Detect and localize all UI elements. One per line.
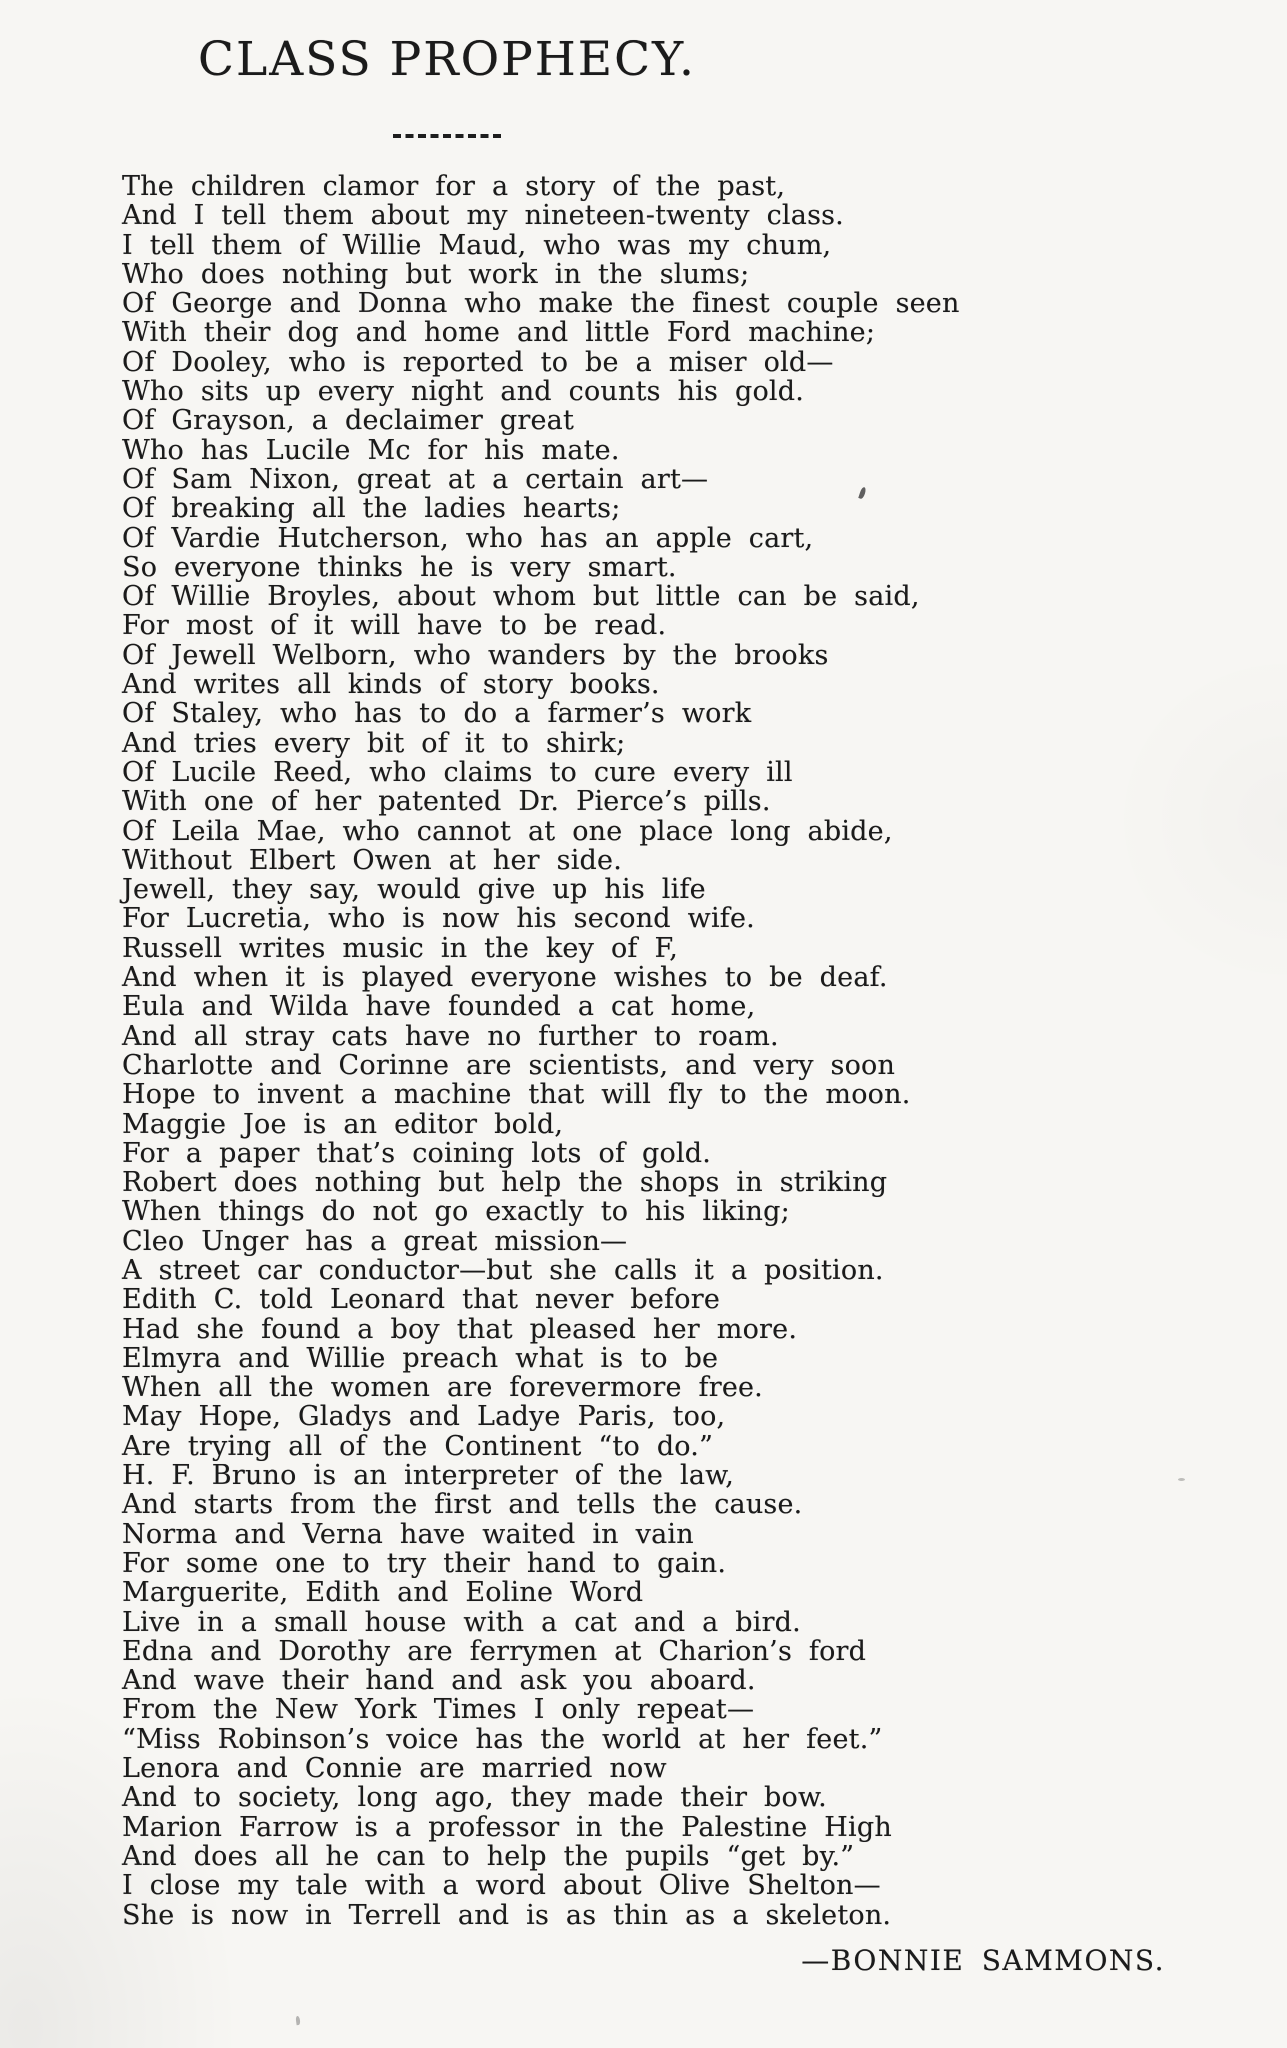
poem-line: And does all he can to help the pupils “… bbox=[122, 1842, 1042, 1871]
poem-line: “Miss Robinson’s voice has the world at … bbox=[122, 1725, 1042, 1754]
poem-line: Marguerite, Edith and Eoline Word bbox=[122, 1578, 1042, 1607]
poem-line: Had she found a boy that pleased her mor… bbox=[122, 1315, 1042, 1344]
poem-line: And when it is played everyone wishes to… bbox=[122, 963, 1042, 992]
poem-line: Elmyra and Willie preach what is to be bbox=[122, 1344, 1042, 1373]
poem-line: Maggie Joe is an editor bold, bbox=[122, 1110, 1042, 1139]
poem-line: Without Elbert Owen at her side. bbox=[122, 846, 1042, 875]
poem-line: I tell them of Willie Maud, who was my c… bbox=[122, 231, 1042, 260]
poem-line: A street car conductor—but she calls it … bbox=[122, 1256, 1042, 1285]
poem-line: For Lucretia, who is now his second wife… bbox=[122, 904, 1042, 933]
poem-line: Are trying all of the Continent “to do.” bbox=[122, 1432, 1042, 1461]
poem-line: So everyone thinks he is very smart. bbox=[122, 553, 1042, 582]
poem-line: Of George and Donna who make the finest … bbox=[122, 289, 1042, 318]
poem-line: Eula and Wilda have founded a cat home, bbox=[122, 992, 1042, 1021]
poem-line: Of Sam Nixon, great at a certain art— bbox=[122, 465, 1042, 494]
poem-line: Norma and Verna have waited in vain bbox=[122, 1520, 1042, 1549]
page-title: CLASS PROPHECY. bbox=[122, 30, 772, 90]
scan-speck bbox=[295, 2016, 300, 2025]
poem-line: Of Dooley, who is reported to be a miser… bbox=[122, 348, 1042, 377]
poem-line: Of Jewell Welborn, who wanders by the br… bbox=[122, 641, 1042, 670]
poem-line: Of Leila Mae, who cannot at one place lo… bbox=[122, 817, 1042, 846]
poem-line: Live in a small house with a cat and a b… bbox=[122, 1608, 1042, 1637]
poem-line: And tries every bit of it to shirk; bbox=[122, 729, 1042, 758]
poem-line: And I tell them about my nineteen-twenty… bbox=[122, 201, 1042, 230]
poem-line: And writes all kinds of story books. bbox=[122, 670, 1042, 699]
poem-line: Lenora and Connie are married now bbox=[122, 1754, 1042, 1783]
poem-line: May Hope, Gladys and Ladye Paris, too, bbox=[122, 1402, 1042, 1431]
poem-line: I close my tale with a word about Olive … bbox=[122, 1871, 1042, 1900]
poem-line: Edna and Dorothy are ferrymen at Charion… bbox=[122, 1637, 1042, 1666]
title-divider-rule bbox=[393, 134, 501, 138]
poem-line: For a paper that’s coining lots of gold. bbox=[122, 1139, 1042, 1168]
poem-line: For most of it will have to be read. bbox=[122, 611, 1042, 640]
poem-line: Who sits up every night and counts his g… bbox=[122, 377, 1042, 406]
page-header: CLASS PROPHECY. bbox=[122, 30, 772, 138]
poem-line: For some one to try their hand to gain. bbox=[122, 1549, 1042, 1578]
poem-line: Russell writes music in the key of F, bbox=[122, 934, 1042, 963]
poem-line: Of Vardie Hutcherson, who has an apple c… bbox=[122, 524, 1042, 553]
poem-line: Who does nothing but work in the slums; bbox=[122, 260, 1042, 289]
poem-line: Cleo Unger has a great mission— bbox=[122, 1227, 1042, 1256]
scanned-page: CLASS PROPHECY. The children clamor for … bbox=[0, 0, 1287, 1977]
poem-line: And starts from the first and tells the … bbox=[122, 1490, 1042, 1519]
poem-line: And all stray cats have no further to ro… bbox=[122, 1022, 1042, 1051]
poem-line: Jewell, they say, would give up his life bbox=[122, 875, 1042, 904]
poem-line: With their dog and home and little Ford … bbox=[122, 318, 1042, 347]
poem-line: Of Lucile Reed, who claims to cure every… bbox=[122, 758, 1042, 787]
poem-line: Robert does nothing but help the shops i… bbox=[122, 1168, 1042, 1197]
poem-line: The children clamor for a story of the p… bbox=[122, 172, 1042, 201]
poem-line: Hope to invent a machine that will fly t… bbox=[122, 1080, 1042, 1109]
poem-line: Who has Lucile Mc for his mate. bbox=[122, 436, 1042, 465]
poem-line: And to society, long ago, they made thei… bbox=[122, 1783, 1042, 1812]
poem-line: H. F. Bruno is an interpreter of the law… bbox=[122, 1461, 1042, 1490]
poem-line: When things do not go exactly to his lik… bbox=[122, 1197, 1042, 1226]
poem-line: With one of her patented Dr. Pierce’s pi… bbox=[122, 787, 1042, 816]
poem-line: Charlotte and Corinne are scientists, an… bbox=[122, 1051, 1042, 1080]
poem-body: The children clamor for a story of the p… bbox=[122, 172, 1042, 1930]
poem-line: Of Staley, who has to do a farmer’s work bbox=[122, 699, 1042, 728]
poem-line: She is now in Terrell and is as thin as … bbox=[122, 1901, 1042, 1930]
poem-line: When all the women are forevermore free. bbox=[122, 1373, 1042, 1402]
poem-line: From the New York Times I only repeat— bbox=[122, 1695, 1042, 1724]
byline: —BONNIE SAMMONS. bbox=[122, 1944, 1165, 1977]
poem-line: Of Willie Broyles, about whom but little… bbox=[122, 582, 1042, 611]
poem-line: Marion Farrow is a professor in the Pale… bbox=[122, 1813, 1042, 1842]
poem-line: And wave their hand and ask you aboard. bbox=[122, 1666, 1042, 1695]
poem-line: Of Grayson, a declaimer great bbox=[122, 406, 1042, 435]
poem-line: Of breaking all the ladies hearts; bbox=[122, 494, 1042, 523]
poem-line: Edith C. told Leonard that never before bbox=[122, 1285, 1042, 1314]
scan-speck bbox=[1178, 1478, 1185, 1481]
